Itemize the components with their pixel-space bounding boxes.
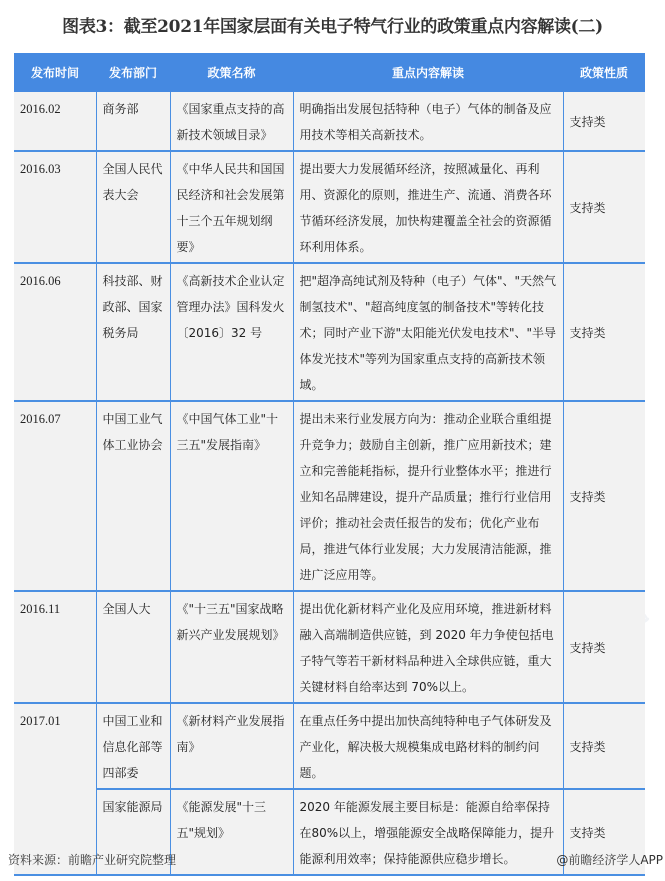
policy-table: 发布时间 发布部门 政策名称 重点内容解读 政策性质 2016.02 商务部 《… (14, 53, 645, 876)
cell-content: 提出未来行业发展方向为：推动企业联合重组提升竞争力；鼓励自主创新，推广应用新技术… (293, 401, 563, 591)
cell-department: 全国人大 (96, 591, 170, 703)
table-row: 2016.02 商务部 《国家重点支持的高新技术领域目录》 明确指出发展包括特种… (14, 92, 645, 151)
table-row: 2016.06 科技部、财政部、国家税务局 《高新技术企业认定管理办法》国科发火… (14, 263, 645, 401)
table-header-row: 发布时间 发布部门 政策名称 重点内容解读 政策性质 (14, 53, 645, 92)
cell-policy: 《国家重点支持的高新技术领域目录》 (170, 92, 293, 151)
cell-policy: 《新材料产业发展指南》 (170, 703, 293, 789)
cell-policy: 《"十三五"国家战略新兴产业发展规划》 (170, 591, 293, 703)
header-content: 重点内容解读 (293, 53, 563, 92)
cell-department: 全国人民代表大会 (96, 151, 170, 263)
header-policy-name: 政策名称 (170, 53, 293, 92)
credit-note: @前瞻经济学人APP (556, 851, 663, 868)
cell-nature: 支持类 (563, 151, 645, 263)
cell-date: 2016.02 (14, 92, 96, 151)
cell-policy: 《中国气体工业"十三五"发展指南》 (170, 401, 293, 591)
header-nature: 政策性质 (563, 53, 645, 92)
cell-date: 2017.01 (14, 703, 96, 875)
cell-nature: 支持类 (563, 92, 645, 151)
table-row: 2016.11 全国人大 《"十三五"国家战略新兴产业发展规划》 提出优化新材料… (14, 591, 645, 703)
cell-nature: 支持类 (563, 591, 645, 703)
cell-department: 中国工业和信息化部等四部委 (96, 703, 170, 789)
cell-policy: 《能源发展"十三五"规划》 (170, 789, 293, 875)
cell-date: 2016.03 (14, 151, 96, 263)
cell-content: 明确指出发展包括特种（电子）气体的制备及应用技术等相关高新技术。 (293, 92, 563, 151)
table-row: 2016.03 全国人民代表大会 《中华人民共和国国民经济和社会发展第十三个五年… (14, 151, 645, 263)
cell-content: 提出要大力发展循环经济，按照减量化、再利用、资源化的原则，推进生产、流通、消费各… (293, 151, 563, 263)
cell-content: 把"超净高纯试剂及特种（电子）气体"、"天然气制氢技术"、"超高纯度氢的制备技术… (293, 263, 563, 401)
cell-nature: 支持类 (563, 703, 645, 789)
table-row: 2017.01 中国工业和信息化部等四部委 《新材料产业发展指南》 在重点任务中… (14, 703, 645, 789)
source-note: 资料来源：前瞻产业研究院整理 (8, 851, 176, 868)
cell-content: 提出优化新材料产业化及应用环境，推进新材料融入高端制造供应链，到 2020 年力… (293, 591, 563, 703)
cell-policy: 《高新技术企业认定管理办法》国科发火〔2016〕32 号 (170, 263, 293, 401)
cell-policy: 《中华人民共和国国民经济和社会发展第十三个五年规划纲要》 (170, 151, 293, 263)
cell-date: 2016.06 (14, 263, 96, 401)
cell-date: 2016.07 (14, 401, 96, 591)
cell-date: 2016.11 (14, 591, 96, 703)
header-department: 发布部门 (96, 53, 170, 92)
page-title: 图表3：截至2021年国家层面有关电子特气行业的政策重点内容解读(二) (0, 12, 665, 37)
cell-nature: 支持类 (563, 263, 645, 401)
cell-content: 在重点任务中提出加快高纯特种电子气体研发及产业化，解决极大规模集成电路材料的制约… (293, 703, 563, 789)
table-row: 2016.07 中国工业气体工业协会 《中国气体工业"十三五"发展指南》 提出未… (14, 401, 645, 591)
cell-department: 中国工业气体工业协会 (96, 401, 170, 591)
header-date: 发布时间 (14, 53, 96, 92)
cell-department: 科技部、财政部、国家税务局 (96, 263, 170, 401)
cell-nature: 支持类 (563, 401, 645, 591)
cell-department: 商务部 (96, 92, 170, 151)
cell-content: 2020 年能源发展主要目标是：能源自给率保持在80%以上，增强能源安全战略保障… (293, 789, 563, 875)
